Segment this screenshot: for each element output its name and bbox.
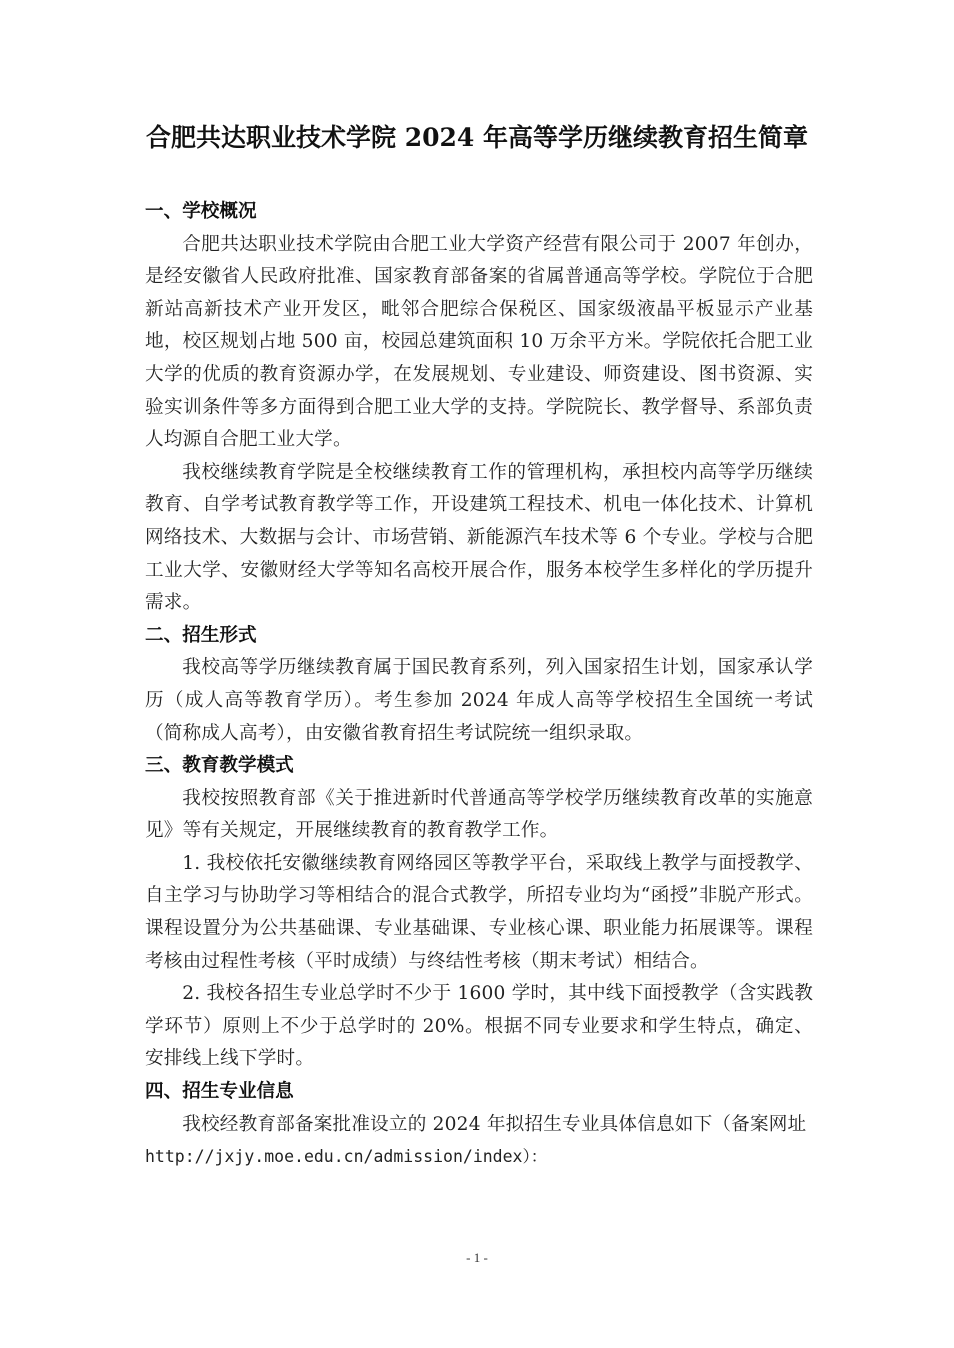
paragraph: 我校按照教育部《关于推进新时代普通高等学校学历继续教育改革的实施意见》等有关规定… (145, 783, 813, 848)
document-page: 合肥共达职业技术学院 2024 年高等学历继续教育招生简章 一、学校概况 合肥共… (0, 0, 954, 1348)
paragraph: 1. 我校依托安徽继续教育网络园区等教学平台，采取线上教学与面授教学、自主学习与… (145, 848, 813, 978)
document-body: 一、学校概况 合肥共达职业技术学院由合肥工业大学资产经营有限公司于 2007 年… (145, 196, 813, 1174)
section-enrollment-form: 二、招生形式 我校高等学历继续教育属于国民教育系列，列入国家招生计划，国家承认学… (145, 620, 813, 750)
section-major-info: 四、招生专业信息 我校经教育部备案批准设立的 2024 年拟招生专业具体信息如下… (145, 1076, 813, 1174)
section-school-overview: 一、学校概况 合肥共达职业技术学院由合肥工业大学资产经营有限公司于 2007 年… (145, 196, 813, 620)
section-heading: 三、教育教学模式 (145, 750, 813, 783)
paragraph: 合肥共达职业技术学院由合肥工业大学资产经营有限公司于 2007 年创办，是经安徽… (145, 229, 813, 457)
paragraph: 我校经教育部备案批准设立的 2024 年拟招生专业具体信息如下（备案网址 (145, 1109, 813, 1142)
paragraph: 2. 我校各招生专业总学时不少于 1600 学时，其中线下面授教学（含实践教学环… (145, 978, 813, 1076)
document-title: 合肥共达职业技术学院 2024 年高等学历继续教育招生简章 (0, 118, 954, 158)
page-number: - 1 - (0, 1250, 954, 1266)
section-teaching-mode: 三、教育教学模式 我校按照教育部《关于推进新时代普通高等学校学历继续教育改革的实… (145, 750, 813, 1076)
section-heading: 二、招生形式 (145, 620, 813, 653)
section-heading: 一、学校概况 (145, 196, 813, 229)
section-heading: 四、招生专业信息 (145, 1076, 813, 1109)
paragraph: 我校高等学历继续教育属于国民教育系列，列入国家招生计划，国家承认学历（成人高等教… (145, 652, 813, 750)
filing-url-link[interactable]: http://jxjy.moe.edu.cn/admission/index）： (145, 1141, 813, 1174)
paragraph: 我校继续教育学院是全校继续教育工作的管理机构，承担校内高等学历继续教育、自学考试… (145, 457, 813, 620)
